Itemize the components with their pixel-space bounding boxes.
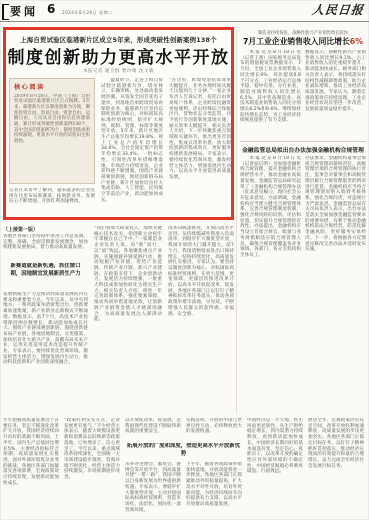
section-label: 要闻 <box>10 3 38 19</box>
jump-body-col-1: 发展新质生产力是推动高质量发展的内在要求和重要着力点。今年以来，从中央到地方，一… <box>3 292 88 412</box>
industry-headline-text: 7月工业企业销售收入同比增长 <box>243 37 350 46</box>
jump-body-col-3: 改革向纵深推进，开放向高水平迈进。从持续缩减外资准入负面清单，到稳步扩大制度型开… <box>168 226 234 412</box>
bottom-body-col-4-bottom: 下半年，随着各项政策举措加快落地，开放动能将进一步释放。各地区各部门正抓紧推动外… <box>186 462 242 518</box>
section-corner-mark <box>2 4 9 20</box>
column-divider <box>236 30 237 414</box>
core-reading-text: 2019年8月20日，中国（上海）自由贸易试验区临港新片区正式揭牌。5年来，临港… <box>14 94 90 182</box>
core-reading-label: 核心阅读 <box>14 82 90 91</box>
lead-body-below-core: 记者在采访中了解到，越来越多的企业选择在这里布局新赛道、拓展新业务，发展信心不断… <box>9 188 95 214</box>
industry-headline-percent: 6% <box>350 37 363 46</box>
bottom-body-col-6: 展望全年，宏观政策仍有充足空间，改革开放红利加速释放，高质量发展的步伐更加坚实。… <box>308 418 364 518</box>
lead-headline: 制度创新助力更高水平开放 <box>6 43 231 68</box>
newspaper-page: 要闻 6 2024年8月20日 星期二 人民日报 上海自贸试验区临港新片区成立5… <box>0 0 369 520</box>
bottom-body-col-2: “政策红利实实在在，企业发展更有底气。”不少经营主体表示，随着大规模设备更新和消… <box>64 418 120 518</box>
date-line: 2024年8月20日 星期二 <box>62 10 113 16</box>
finance-body-col-2: 办法要求，金融机构董事会承担合规管理的最终责任，高级管理层承担合规管理的执行责任… <box>305 156 366 412</box>
bottom-body-col-4-top: 实践证明，开放的中国与世界良性互动，必将释放更大的发展机遇。 <box>186 418 242 440</box>
finance-headline: 金融监管总局拟出台办法加强金融机构合规管理 <box>240 145 366 154</box>
lead-body-col-2: “在这里，跨境资金结算效率大幅提升，业务办理时间从数天压缩到几十分钟。”一家企业… <box>169 78 231 214</box>
bottom-subhead: 拓展开放的广度和深度，塑造更高水平开放新优势 <box>125 443 242 459</box>
industry-body-col-2: 数据显示，战略性新兴产业销售收入同比增长9.1%，占工业销售收入的比重稳步提升，… <box>305 50 366 138</box>
lead-body-col-1: 盛夏时节，走进上海自贸试验区临港新片区，塔吊林立、车辆穿梭，处处涌动着发展热潮。… <box>101 78 163 214</box>
industry-body-col-1: 本报北京8月19日电 （记者王观）国家税务总局发布的增值税发票数据显示，7月份，… <box>240 50 301 138</box>
industry-headline: 7月工业企业销售收入同比增长6% <box>240 36 366 47</box>
jump-body-col-2: “我们将加大研发投入，加快关键核心技术攻关，把创新主动权牢牢掌握在自己手中。”一… <box>94 226 162 412</box>
bottom-body-col-3-top: 以开放促改革、促发展，是我国现代化建设不断取得新成就的重要法宝。 <box>125 418 181 440</box>
jump-body-intro: 各地区各部门坚持稳中求进工作总基调，完整、准确、全面贯彻新发展理念，加快构建新发… <box>3 234 88 260</box>
jump-subhead-1: 新赛道就是新机遇，抓住窗口期，因地制宜发展新质生产力 <box>3 263 88 288</box>
masthead-logo: 人民日报 <box>311 1 365 18</box>
page-number: 6 <box>47 2 55 16</box>
lead-article-box: 上海自贸试验区临港新片区成立5年来，形成突破性创新案例138个 制度创新助力更高… <box>3 27 234 220</box>
jump-from-front-page-label: （上接第一版） <box>3 226 88 233</box>
article-separator-rule <box>240 141 366 142</box>
lead-byline: 本报记者 谢卫群 曹玲娟 沈文敏 <box>6 68 231 74</box>
bottom-body-col-5: 中国经济是一片大海，经历风雨更显韧性。从生产供给稳定增长，到内需潜力持续释放，再… <box>247 418 303 518</box>
bottom-body-col-3-bottom: 从举办进博会、服贸会、链博会等开放平台，到高质量共建“一带一路”，我国不断以自身… <box>125 462 181 518</box>
bottom-body-col-1: 牢牢把握高质量发展这个首要任务，坚定不移深化改革扩大开放，我国经济持续回升向好的… <box>3 418 59 518</box>
core-reading-box: 核心阅读 2019年8月20日，中国（上海）自由贸易试验区临港新片区正式揭牌。5… <box>9 78 95 184</box>
finance-body-col-1: 本报北京8月19日电 （记者屈信明）为加强金融机构合规管理，提升金融机构合规经营… <box>240 156 301 412</box>
header-rule <box>0 21 369 22</box>
